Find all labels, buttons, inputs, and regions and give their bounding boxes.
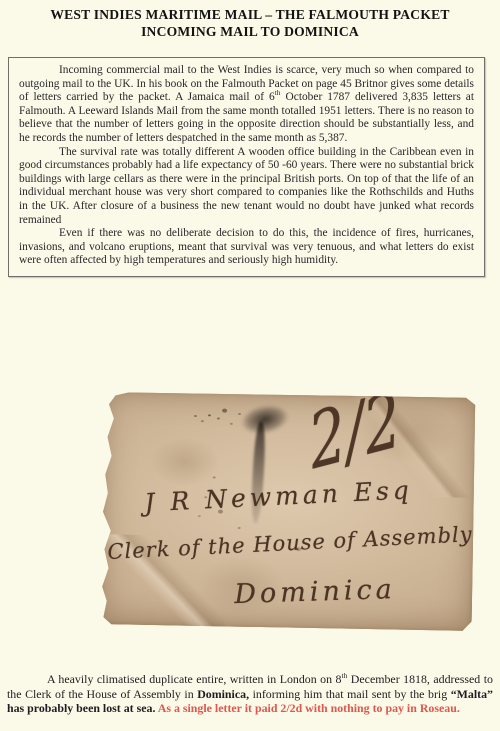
address-line-3: Dominica [234, 574, 396, 610]
ink-specks [104, 390, 476, 398]
caption-text-1: A heavily climatised duplicate entire, w… [47, 672, 341, 686]
page-title-line-2: INCOMING MAIL TO DOMINICA [6, 24, 494, 41]
caption-text-3: informing him that mail sent by the brig [249, 687, 451, 701]
intro-paragraph-3: Even if there was no deliberate decision… [19, 227, 474, 268]
caption-bold-dominica: Dominica, [197, 687, 249, 701]
intro-paragraph-1: Incoming commercial mail to the West Ind… [19, 64, 474, 146]
ink-smudge-icon [231, 396, 299, 443]
caption: A heavily climatised duplicate entire, w… [7, 672, 493, 716]
caption-red-note: As a single letter it paid 2/2d with not… [155, 701, 459, 715]
cover-scan: 2/2 J R Newman Esq Clerk of the House of… [97, 390, 482, 640]
page-title: WEST INDIES MARITIME MAIL – THE FALMOUTH… [6, 7, 494, 40]
page-title-line-1: WEST INDIES MARITIME MAIL – THE FALMOUTH… [6, 7, 494, 24]
address-line-1: J R Newman Esq [144, 475, 414, 517]
address-line-2: Clerk of the House of Assembly [107, 522, 473, 564]
cover-paper: 2/2 J R Newman Esq Clerk of the House of… [100, 390, 477, 632]
intro-text-box: Incoming commercial mail to the West Ind… [8, 57, 485, 277]
intro-paragraph-2: The survival rate was totally different … [19, 146, 474, 228]
